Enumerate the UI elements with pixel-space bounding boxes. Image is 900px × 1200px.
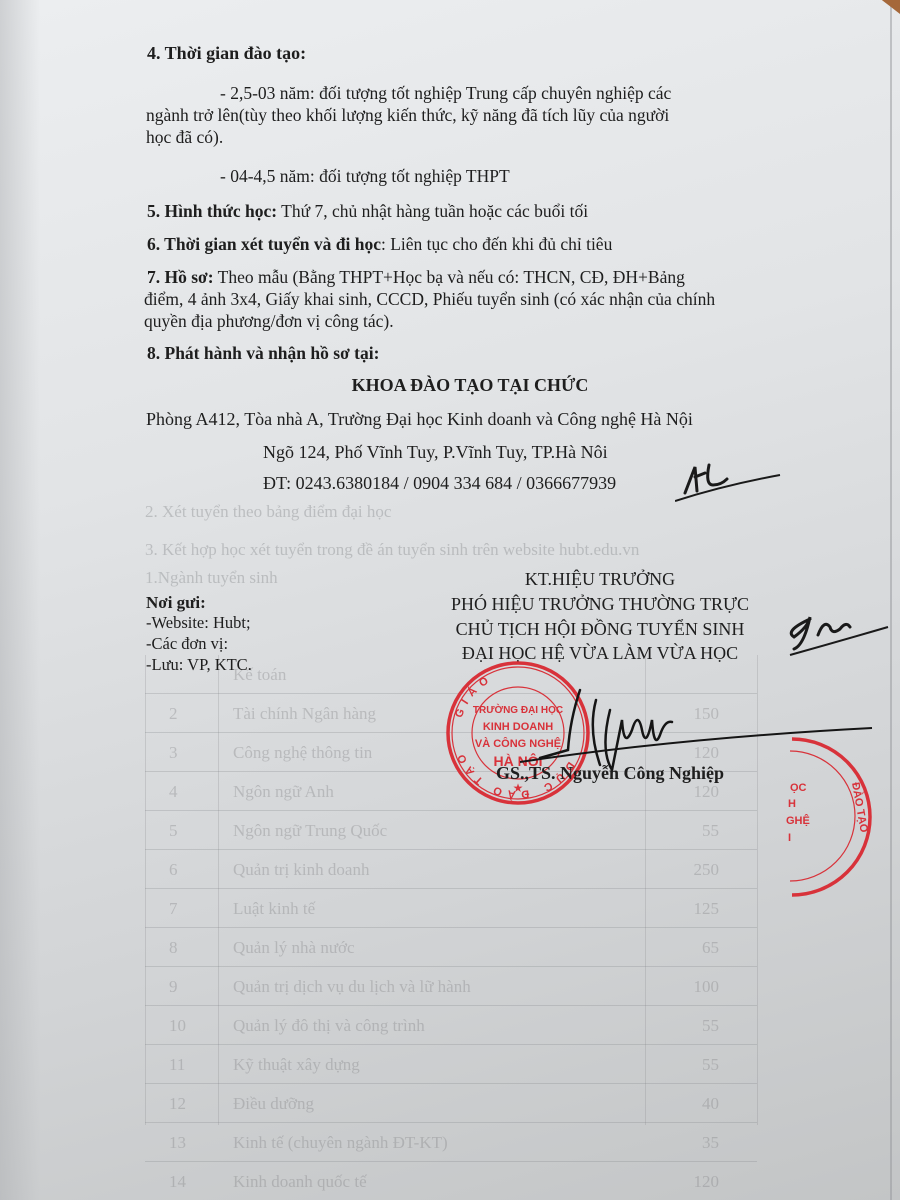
ghost-table-row: 11Kỹ thuật xây dựng55	[145, 1045, 757, 1084]
office-phone: ĐT: 0243.6380184 / 0904 334 684 / 036667…	[263, 472, 616, 494]
section-7-line2: điểm, 4 ảnh 3x4, Giấy khai sinh, CCCD, P…	[144, 288, 715, 310]
ghost-row-value: 55	[702, 821, 719, 841]
ghost-line: 2. Xét tuyển theo bảng điểm đại học	[145, 502, 391, 522]
ghost-table-row: 12Điều dưỡng40	[145, 1084, 757, 1123]
ghost-table-row: 10Quản lý đô thị và công trình55	[145, 1006, 757, 1045]
ghost-row-number: 6	[169, 860, 199, 880]
ghost-row-value: 125	[694, 899, 720, 919]
partial-stamp-line: H	[788, 798, 796, 810]
ghost-row-value: 35	[702, 1133, 719, 1153]
ghost-row-value: 250	[694, 860, 720, 880]
ghost-row-number: 8	[169, 938, 199, 958]
section-7-line1: 7. Hồ sơ: Theo mẫu (Bằng THPT+Học bạ và …	[147, 266, 685, 288]
section-4-item1-line3: học đã có).	[146, 126, 223, 148]
ghost-row-name: Quản trị dịch vụ du lịch và lữ hành	[233, 977, 471, 997]
signer-name: GS.,TS. Nguyễn Công Nghiệp	[496, 762, 724, 784]
ghost-row-name: Kinh doanh quốc tế	[233, 1172, 367, 1192]
ghost-row-number: 3	[169, 743, 199, 763]
ghost-table-row: 14Kinh doanh quốc tế120	[145, 1162, 757, 1200]
recipient-item: -Lưu: VP, KTC.	[146, 655, 252, 675]
ghost-row-number: 2	[169, 704, 199, 724]
sig-title-2: PHÓ HIỆU TRƯỞNG THƯỜNG TRỰC	[420, 593, 780, 615]
partial-stamp-line: GHỆ	[786, 814, 810, 827]
section-5: 5. Hình thức học: Thứ 7, chủ nhật hàng t…	[147, 200, 588, 222]
section-7-line3: quyền địa phương/đơn vị công tác).	[144, 310, 394, 332]
recipients-heading: Nơi gưi:	[146, 592, 206, 614]
section-7-text: Theo mẫu (Bằng THPT+Học bạ và nếu có: TH…	[214, 267, 685, 287]
section-4-item1-line2: ngành trở lên(tùy theo khối lượng kiến t…	[146, 104, 669, 126]
ghost-row-name: Quản lý nhà nước	[233, 938, 355, 958]
ghost-line: 3. Kết hợp học xét tuyển trong đề án tuy…	[145, 540, 639, 560]
desk-corner	[874, 0, 900, 14]
section-4-heading: 4. Thời gian đào tạo:	[147, 42, 306, 64]
section-6: 6. Thời gian xét tuyển và đi học: Liên t…	[147, 233, 612, 255]
ghost-row-value: 55	[702, 1055, 719, 1075]
ghost-row-number: 11	[169, 1055, 199, 1075]
ghost-row-number: 5	[169, 821, 199, 841]
ghost-row-value: 120	[694, 782, 720, 802]
ghost-table-row: 5Ngôn ngữ Trung Quốc55	[145, 811, 757, 850]
ghost-row-number: 10	[169, 1016, 199, 1036]
page-edge	[890, 0, 892, 1200]
ghost-row-name: Quản lý đô thị và công trình	[233, 1016, 425, 1036]
ghost-row-name: Ngôn ngữ Anh	[233, 782, 334, 802]
ghost-table-row: 7Luật kinh tế125	[145, 889, 757, 928]
ghost-row-number: 14	[169, 1172, 199, 1192]
partial-stamp-line: ỌC	[790, 782, 807, 794]
office-address-2: Ngõ 124, Phố Vĩnh Tuy, P.Vĩnh Tuy, TP.Hà…	[263, 441, 608, 463]
section-5-label: 5. Hình thức học:	[147, 201, 277, 221]
ghost-row-name: Ngôn ngữ Trung Quốc	[233, 821, 387, 841]
ghost-row-number: 9	[169, 977, 199, 997]
ghost-table-row: 8Quản lý nhà nước65	[145, 928, 757, 967]
ghost-row-name: Tài chính Ngân hàng	[233, 704, 376, 724]
ghost-row-value: 100	[694, 977, 720, 997]
ghost-row-value: 65	[702, 938, 719, 958]
ghost-row-value: 55	[702, 1016, 719, 1036]
page-shadow	[0, 0, 40, 1200]
initial-signature-icon	[675, 455, 785, 505]
ghost-row-value: 120	[694, 1172, 720, 1192]
section-4-item2: - 04-4,5 năm: đối tượng tốt nghiệp THPT	[220, 165, 510, 187]
partial-stamp-line: I	[788, 832, 791, 844]
partial-stamp-ring: ĐÀO TẠO	[849, 781, 871, 834]
section-4-item1-line1: - 2,5-03 năm: đối tượng tốt nghiệp Trung…	[220, 82, 671, 104]
recipient-item: -Các đơn vị:	[146, 634, 228, 654]
ghost-table-row: 13Kinh tế (chuyên ngành ĐT-KT)35	[145, 1123, 757, 1162]
ghost-row-name: Quản trị kinh doanh	[233, 860, 369, 880]
section-5-text: Thứ 7, chủ nhật hàng tuần hoặc các buổi …	[277, 201, 588, 221]
ghost-table-row: 9Quản trị dịch vụ du lịch và lữ hành100	[145, 967, 757, 1006]
ghost-row-number: 12	[169, 1094, 199, 1114]
ghost-row-number: 4	[169, 782, 199, 802]
office-name: KHOA ĐÀO TẠO TẠI CHỨC	[0, 374, 900, 396]
ghost-row-name: Công nghệ thông tin	[233, 743, 372, 763]
ghost-line: 1.Ngành tuyển sinh	[145, 568, 278, 588]
office-address-1: Phòng A412, Tòa nhà A, Trường Đại học Ki…	[146, 408, 693, 430]
ghost-row-value: 40	[702, 1094, 719, 1114]
section-6-label: 6. Thời gian xét tuyển và đi học	[147, 234, 381, 254]
ghost-row-name: Luật kinh tế	[233, 899, 315, 919]
section-6-text: : Liên tục cho đến khi đủ chỉ tiêu	[381, 234, 612, 254]
initial-signature-icon	[780, 605, 890, 660]
section-7-label: 7. Hồ sơ:	[147, 267, 214, 287]
sig-title-1: KT.HIỆU TRƯỞNG	[430, 568, 770, 590]
recipient-item: -Website: Hubt;	[146, 613, 251, 633]
ghost-row-number: 13	[169, 1133, 199, 1153]
section-8-heading: 8. Phát hành và nhận hồ sơ tại:	[147, 342, 379, 364]
ghost-table-row: 6Quản trị kinh doanh250	[145, 850, 757, 889]
sig-title-3: CHỦ TỊCH HỘI ĐỒNG TUYỂN SINH	[420, 618, 780, 640]
ghost-row-number: 7	[169, 899, 199, 919]
ghost-row-name: Điều dưỡng	[233, 1094, 314, 1114]
ghost-row-name: Kỹ thuật xây dựng	[233, 1055, 360, 1075]
ghost-row-name: Kinh tế (chuyên ngành ĐT-KT)	[233, 1133, 448, 1153]
partial-stamp: ỌC H GHỆ I ĐÀO TẠO	[772, 735, 900, 905]
stamp-seal-icon: ỌC H GHỆ I ĐÀO TẠO	[772, 735, 900, 900]
